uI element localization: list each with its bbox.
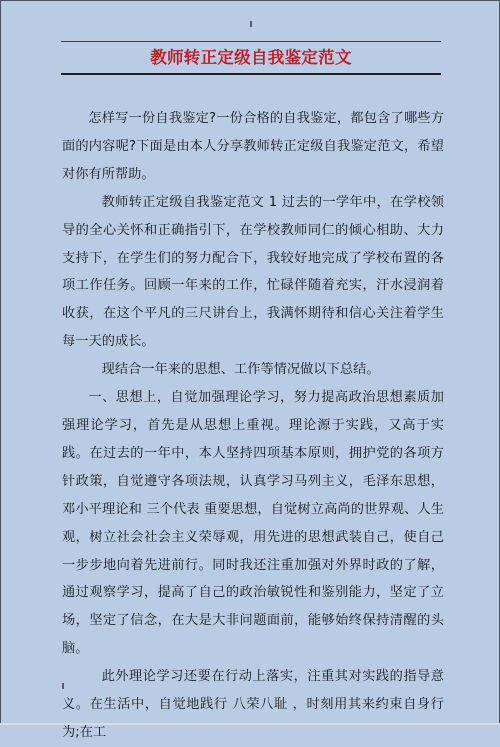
- document-page: 教师转正定级自我鉴定范文 怎样写一份自我鉴定?一份合格的自我鉴定，都包含了哪些方…: [0, 0, 500, 725]
- paragraph-summary-lead: 现结合一年来的思想、工作等情况做以下总结。: [62, 356, 444, 384]
- header-mark: [250, 21, 252, 27]
- footer-mark: [62, 683, 64, 689]
- document-title: 教师转正定级自我鉴定范文: [61, 46, 441, 70]
- title-rule-top: [61, 41, 441, 42]
- title-rule-bottom: [61, 73, 441, 75]
- paragraph-intro: 怎样写一份自我鉴定?一份合格的自我鉴定，都包含了哪些方面的内容呢?下面是由本人分…: [62, 105, 444, 189]
- paragraph-practice: 此外理论学习还要在行动上落实，注重其对实践的指导意义。在生活中，自觉地践行 八荣…: [62, 663, 444, 725]
- paragraph-sample-1: 教师转正定级自我鉴定范文 1 过去的一学年中，在学校领导的全心关怀和正确指引下，…: [62, 189, 444, 356]
- document-body: 怎样写一份自我鉴定?一份合格的自我鉴定，都包含了哪些方面的内容呢?下面是由本人分…: [62, 105, 444, 725]
- paragraph-ideology: 一、思想上，自觉加强理论学习，努力提高政治思想素质加强理论学习，首先是从思想上重…: [62, 384, 444, 663]
